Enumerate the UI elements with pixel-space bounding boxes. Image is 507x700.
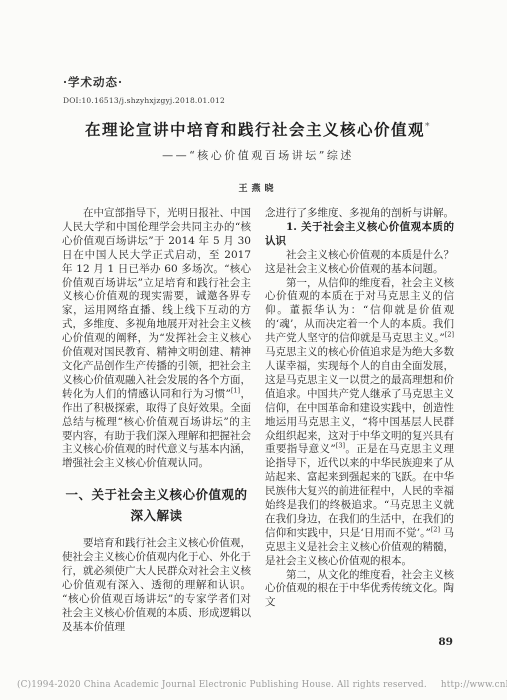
article-body: 在中宣部指导下，光明日报社、中国人民大学和中国伦理学会共同主办的“核心价值观百场… bbox=[62, 207, 454, 635]
copyright-url: http://www.cnki.net bbox=[441, 680, 507, 690]
section-heading-line2: 深入解读 bbox=[130, 508, 182, 523]
article-subtitle: ——“核心价值观百场讲坛”综述 bbox=[62, 147, 454, 163]
section-heading: 一、关于社会主义核心价值观的深入解读 bbox=[62, 484, 251, 526]
article-title-text: 在理论宣讲中培育和践行社会主义核心价值观 bbox=[85, 120, 425, 139]
paragraph-intro: 在中宣部指导下，光明日报社、中国人民大学和中国伦理学会共同主办的“核心价值观百场… bbox=[62, 207, 251, 471]
paragraph-section-lead: 要培育和践行社会主义核心价值观，使社会主义核心价值观内化于心、外化于行，就必须使… bbox=[62, 537, 251, 634]
copyright-line: (C)1994-2020 China Academic Journal Elec… bbox=[17, 680, 497, 690]
journal-page-scan: ·学术动态· DOI:10.16513/j.shzyhxjzgyj.2018.0… bbox=[0, 0, 507, 700]
paragraph-first-point: 第一，从信仰的维度看，社会主义核心价值观的本质在于对马克思主义的信仰。董振华认为… bbox=[265, 277, 454, 569]
left-column: 在中宣部指导下，光明日报社、中国人民大学和中国伦理学会共同主办的“核心价值观百场… bbox=[62, 207, 251, 635]
page-number: 89 bbox=[438, 636, 453, 648]
right-column: 念进行了多维度、多视角的剖析与讲解。 1. 关于社会主义核心价值观本质的认识 社… bbox=[265, 207, 454, 635]
paragraph-continuation: 念进行了多维度、多视角的剖析与讲解。 bbox=[265, 207, 454, 221]
author-name: 王燕晓 bbox=[62, 181, 454, 194]
copyright-text: (C)1994-2020 China Academic Journal Elec… bbox=[17, 680, 427, 690]
paragraph-second-point: 第二，从文化的维度看，社会主义核心价值观的根在于中华优秀传统文化。陶文 bbox=[265, 569, 454, 611]
section-heading-line1: 一、关于社会主义核心价值观的 bbox=[65, 487, 247, 502]
article-title: 在理论宣讲中培育和践行社会主义核心价值观* bbox=[62, 118, 454, 140]
title-footnote-marker: * bbox=[425, 122, 431, 132]
doi-line: DOI:10.16513/j.shzyhxjzgyj.2018.01.012 bbox=[63, 96, 225, 105]
section-marker: ·学术动态· bbox=[63, 74, 123, 90]
paragraph-question: 社会主义核心价值观的本质是什么？这是社会主义核心价值观的基本问题。 bbox=[265, 249, 454, 277]
subsection-heading: 1. 关于社会主义核心价值观本质的认识 bbox=[265, 221, 454, 249]
